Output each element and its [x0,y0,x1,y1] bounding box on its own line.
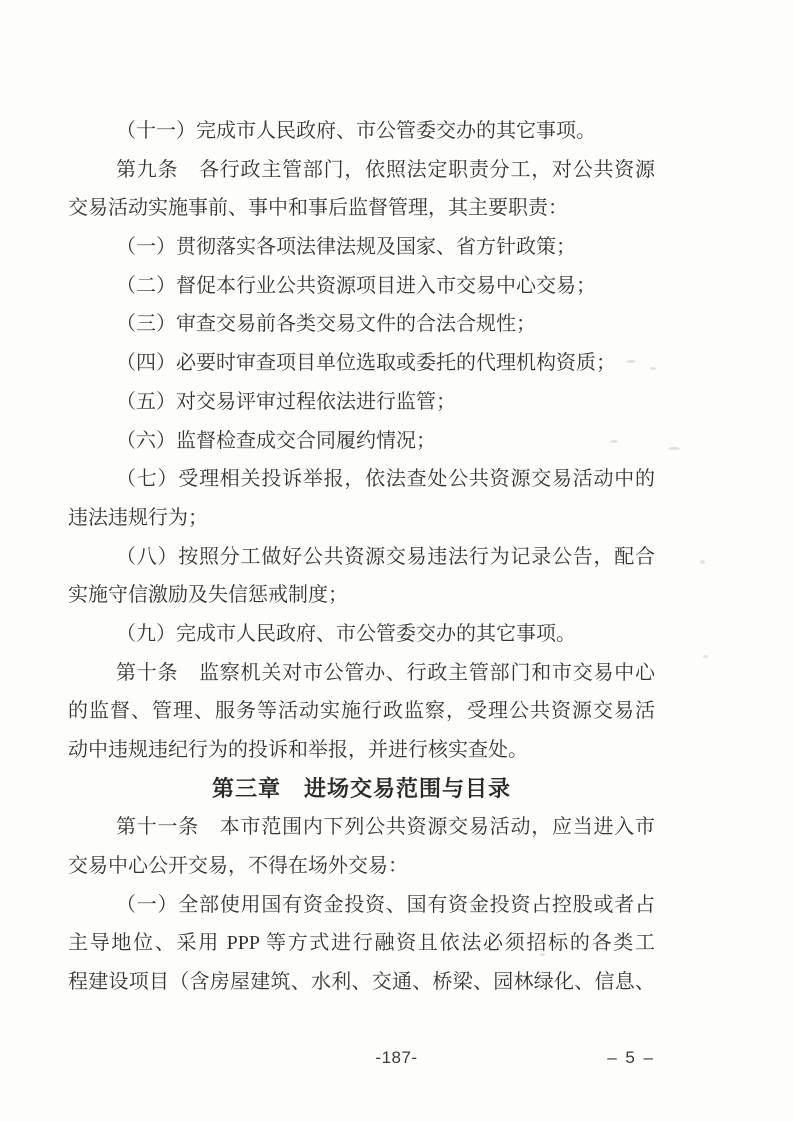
scanned-document-page: （十一）完成市人民政府、市公管委交办的其它事项。第九条 各行政主管部门，依照法定… [0,0,793,1122]
text-line: 违法违规行为； [68,499,655,538]
text-line: 交易中心公开交易，不得在场外交易： [68,847,655,886]
text-line: （八）按照分工做好公共资源交易违法行为记录公告，配合 [68,538,655,577]
text-line: （一）贯彻落实各项法律法规及国家、省方针政策； [68,228,655,267]
text-line: （五）对交易评审过程依法进行监管； [68,383,655,422]
footer-page-number-right: – 5 – [607,1048,655,1068]
scan-noise [668,447,680,450]
text-line: 第十条 监察机关对市公管办、行政主管部门和市交易中心 [68,654,655,693]
text-line: 实施守信激励及失信惩戒制度； [68,576,655,615]
scan-noise [610,440,618,443]
scan-noise [650,367,656,370]
text-line: （四）必要时审查项目单位选取或委托的代理机构资质； [68,344,655,383]
text-line: （十一）完成市人民政府、市公管委交办的其它事项。 [68,112,655,151]
text-line: 主导地位、采用 PPP 等方式进行融资且依法必须招标的各类工 [68,924,655,963]
text-line: 第九条 各行政主管部门，依照法定职责分工，对公共资源 [68,151,655,190]
text-line: 的监督、管理、服务等活动实施行政监察，受理公共资源交易活 [68,692,655,731]
scan-noise [700,560,705,564]
text-line: 程建设项目（含房屋建筑、水利、交通、桥梁、园林绿化、信息、 [68,963,655,1002]
text-line: 第十一条 本市范围内下列公共资源交易活动，应当进入市 [68,808,655,847]
scan-noise [703,655,708,658]
text-line: （七）受理相关投诉举报，依法查处公共资源交易活动中的 [68,460,655,499]
text-line: 交易活动实施事前、事中和事后监督管理，其主要职责： [68,189,655,228]
scan-noise [96,208,100,211]
page-footer: -187- – 5 – [0,1048,793,1074]
text-line: （三）审查交易前各类交易文件的合法合规性； [68,305,655,344]
text-line: 动中违规违纪行为的投诉和举报，并进行核实查处。 [68,731,655,770]
text-line: （二）督促本行业公共资源项目进入市交易中心交易； [68,267,655,306]
document-body: （十一）完成市人民政府、市公管委交办的其它事项。第九条 各行政主管部门，依照法定… [68,112,655,1002]
footer-page-number-center: -187- [0,1048,793,1068]
scan-noise [626,360,636,363]
chapter-heading: 第三章 进场交易范围与目录 [68,770,655,809]
scan-noise [540,953,545,956]
text-line: （九）完成市人民政府、市公管委交办的其它事项。 [68,615,655,654]
text-line: （六）监督检查成交合同履约情况； [68,422,655,461]
text-line: （一）全部使用国有资金投资、国有资金投资占控股或者占 [68,886,655,925]
